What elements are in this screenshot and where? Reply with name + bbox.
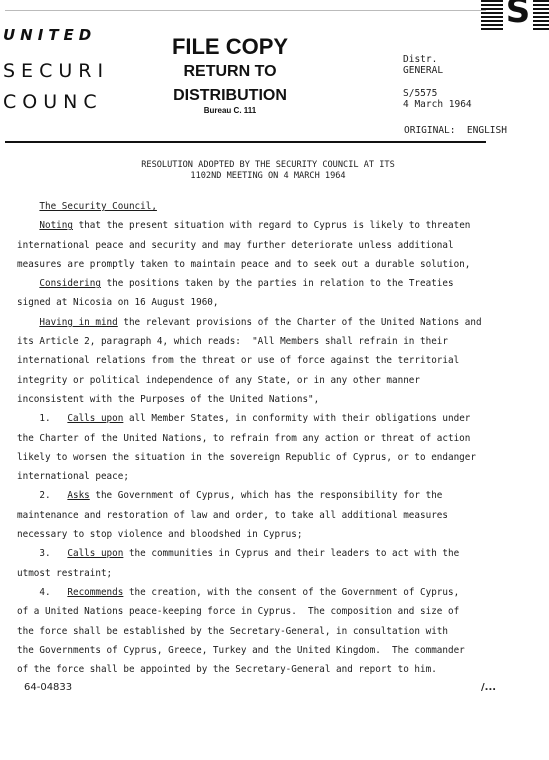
line-text: measures are promptly taken to maintain … <box>17 259 470 270</box>
distr-label: Distr. <box>403 54 437 65</box>
line-text: of a United Nations peace-keeping force … <box>17 606 459 617</box>
underlined-keyword: The Security Council, <box>39 201 157 212</box>
body-line: 3. Calls upon the communities in Cyprus … <box>17 544 517 563</box>
line-text: the creation, with the consent of the Go… <box>123 587 459 598</box>
body-line: its Article 2, paragraph 4, which reads:… <box>17 332 517 351</box>
line-indent <box>17 201 39 212</box>
line-text: maintenance and restoration of law and o… <box>17 510 448 521</box>
line-text: necessary to stop violence and bloodshed… <box>17 529 302 540</box>
body-line: inconsistent with the Purposes of the Un… <box>17 390 517 409</box>
line-text: of the force shall be appointed by the S… <box>17 664 437 675</box>
line-text: likely to worsen the situation in the so… <box>17 452 476 463</box>
line-indent <box>17 220 39 231</box>
body-line: Having in mind the relevant provisions o… <box>17 313 517 332</box>
title-line-1: RESOLUTION ADOPTED BY THE SECURITY COUNC… <box>118 160 418 171</box>
top-divider <box>5 10 486 11</box>
underlined-keyword: Calls upon <box>67 548 123 559</box>
line-text: the communities in Cyprus and their lead… <box>123 548 459 559</box>
line-text: the Governments of Cyprus, Greece, Turke… <box>17 645 465 656</box>
line-text: international relations from the threat … <box>17 355 459 366</box>
line-text: that the present situation with regard t… <box>73 220 470 231</box>
body-line: 2. Asks the Government of Cyprus, which … <box>17 486 517 505</box>
body-line: integrity or political independence of a… <box>17 371 517 390</box>
title-line-2: 1102ND MEETING ON 4 MARCH 1964 <box>118 171 418 182</box>
underlined-keyword: Having in mind <box>39 317 117 328</box>
underlined-keyword: Calls upon <box>67 413 123 424</box>
line-text: inconsistent with the Purposes of the Un… <box>17 394 319 405</box>
underlined-keyword: Considering <box>39 278 101 289</box>
body-line: international peace; <box>17 467 517 486</box>
line-text: signed at Nicosia on 16 August 1960, <box>17 297 219 308</box>
body-line: 4. Recommends the creation, with the con… <box>17 583 517 602</box>
body-line: Noting that the present situation with r… <box>17 216 517 235</box>
body-line: of the force shall be appointed by the S… <box>17 660 517 679</box>
line-indent <box>17 317 39 328</box>
document-number: 64-04833 <box>24 682 72 693</box>
body-line: maintenance and restoration of law and o… <box>17 506 517 525</box>
org-name-line-3: COUNC <box>3 91 103 113</box>
continued-marker: /... <box>481 682 496 693</box>
body-line: necessary to stop violence and bloodshed… <box>17 525 517 544</box>
body-line: signed at Nicosia on 16 August 1960, <box>17 293 517 312</box>
body-line: utmost restraint; <box>17 564 517 583</box>
line-indent: 2. <box>17 490 67 501</box>
document-symbol: S/5575 <box>403 88 437 99</box>
header-divider <box>5 141 486 143</box>
logo-letter: S <box>503 0 533 30</box>
stamp-file-copy: FILE COPY <box>150 34 310 60</box>
line-text: utmost restraint; <box>17 568 112 579</box>
line-text: the force shall be established by the Se… <box>17 626 448 637</box>
line-indent: 4. <box>17 587 67 598</box>
line-text: all Member States, in conformity with th… <box>123 413 470 424</box>
line-indent: 3. <box>17 548 67 559</box>
underlined-keyword: Asks <box>67 490 89 501</box>
line-text: integrity or political independence of a… <box>17 375 420 386</box>
body-line: Considering the positions taken by the p… <box>17 274 517 293</box>
resolution-body: The Security Council, Noting that the pr… <box>17 197 517 679</box>
org-name-line-2: SECURI <box>3 60 109 82</box>
line-text: its Article 2, paragraph 4, which reads:… <box>17 336 448 347</box>
line-indent <box>17 278 39 289</box>
body-line: international peace and security and may… <box>17 236 517 255</box>
line-text: international peace; <box>17 471 129 482</box>
body-line: likely to worsen the situation in the so… <box>17 448 517 467</box>
document-date: 4 March 1964 <box>403 99 472 110</box>
line-text: international peace and security and may… <box>17 240 454 251</box>
stamp-distribution: DISTRIBUTION <box>150 87 310 105</box>
body-line: 1. Calls upon all Member States, in conf… <box>17 409 517 428</box>
line-text: the Government of Cyprus, which has the … <box>90 490 443 501</box>
body-line: The Security Council, <box>17 197 517 216</box>
line-text: the relevant provisions of the Charter o… <box>118 317 482 328</box>
line-indent: 1. <box>17 413 67 424</box>
resolution-title: RESOLUTION ADOPTED BY THE SECURITY COUNC… <box>118 160 418 182</box>
line-text: the Charter of the United Nations, to re… <box>17 433 470 444</box>
body-line: measures are promptly taken to maintain … <box>17 255 517 274</box>
body-line: the Governments of Cyprus, Greece, Turke… <box>17 641 517 660</box>
original-language: ORIGINAL: ENGLISH <box>404 125 507 136</box>
body-line: of a United Nations peace-keeping force … <box>17 602 517 621</box>
body-line: the Charter of the United Nations, to re… <box>17 429 517 448</box>
org-name-line-1: UNITED <box>3 26 96 44</box>
distr-value: GENERAL <box>403 65 443 76</box>
line-text: the positions taken by the parties in re… <box>101 278 454 289</box>
stamp-bureau: Bureau C. 111 <box>150 106 310 115</box>
stamp-return-to: RETURN TO <box>150 63 310 81</box>
underlined-keyword: Noting <box>39 220 73 231</box>
body-line: the force shall be established by the Se… <box>17 622 517 641</box>
un-logo: S <box>481 0 549 30</box>
underlined-keyword: Recommends <box>67 587 123 598</box>
body-line: international relations from the threat … <box>17 351 517 370</box>
